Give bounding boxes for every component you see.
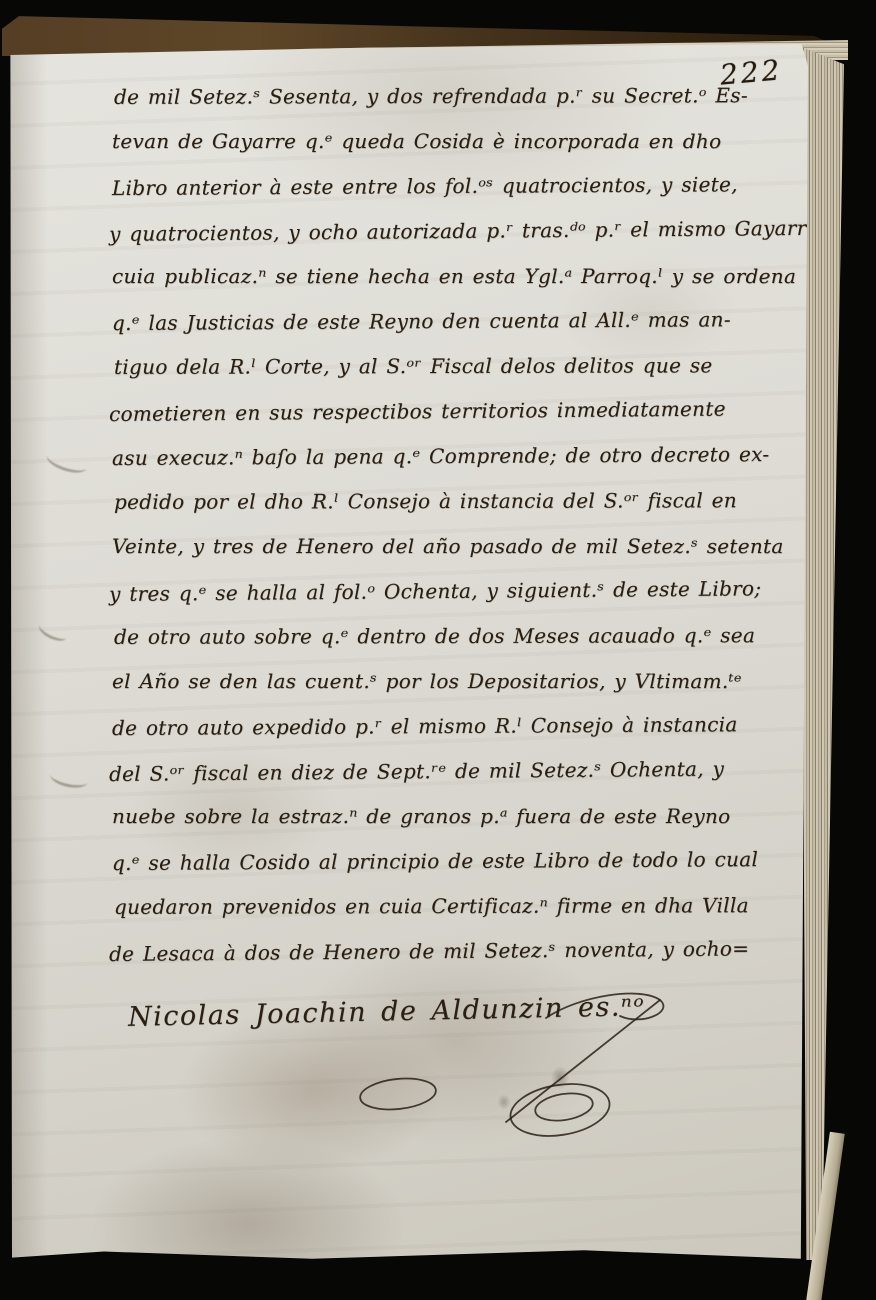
- manuscript-line: de otro auto sobre q.ᵉ dentro de dos Mes…: [114, 613, 786, 660]
- manuscript-line: de mil Setez.ˢ Sesenta, y dos refrendada…: [114, 73, 786, 120]
- ink-smudge: [36, 618, 70, 644]
- manuscript-line: Veinte, y tres de Henero del año pasado …: [112, 524, 784, 569]
- manuscript-line: quedaron prevenidos en cuia Certificaz.ⁿ…: [114, 883, 786, 930]
- manuscript-page: 222 de mil Setez.ˢ Sesenta, y dos refren…: [8, 44, 808, 1260]
- manuscript-line: cuia publicaz.ⁿ se tiene hecha en esta Y…: [112, 254, 784, 299]
- manuscript-line: y tres q.ᵉ se halla al fol.ᵒ Ochenta, y …: [109, 566, 781, 617]
- manuscript-line: de otro auto expedido p.ʳ el mismo R.ˡ C…: [112, 702, 784, 751]
- manuscript-line: del S.ᵒʳ fiscal en diez de Sept.ʳᵉ de mi…: [109, 746, 781, 797]
- manuscript-line: q.ᵉ las Justicias de este Reyno den cuen…: [112, 297, 784, 346]
- manuscript-line: cometieren en sus respectibos territorio…: [109, 386, 781, 437]
- manuscript-text: de mil Setez.ˢ Sesenta, y dos refrendada…: [112, 74, 784, 974]
- manuscript-line: de Lesaca à dos de Henero de mil Setez.ˢ…: [109, 926, 781, 977]
- manuscript-line: Libro anterior à este entre los fol.ᵒˢ q…: [112, 162, 784, 211]
- ink-smudge: [44, 446, 90, 477]
- photo-background: 222 de mil Setez.ˢ Sesenta, y dos refren…: [0, 0, 876, 1300]
- manuscript-line: pedido por el dho R.ˡ Consejo à instanci…: [114, 478, 786, 525]
- ink-smudge: [49, 766, 90, 791]
- manuscript-line: tiguo dela R.ˡ Corte, y al S.ᵒʳ Fiscal d…: [114, 343, 786, 390]
- manuscript-line: el Año se den las cuent.ˢ por los Deposi…: [112, 659, 784, 704]
- manuscript-line: nuebe sobre la estraz.ⁿ de granos p.ᵃ fu…: [112, 794, 784, 839]
- signature-rubric: [108, 972, 748, 1152]
- manuscript-line: tevan de Gayarre q.ᵉ queda Cosida è inco…: [112, 119, 784, 164]
- manuscript-line: y quatrocientos, y ocho autorizada p.ʳ t…: [109, 206, 781, 257]
- manuscript-line: asu execuz.ⁿ baſo la pena q.ᵉ Comprende;…: [112, 432, 784, 481]
- manuscript-line: q.ᵉ se halla Cosido al principio de este…: [112, 837, 784, 886]
